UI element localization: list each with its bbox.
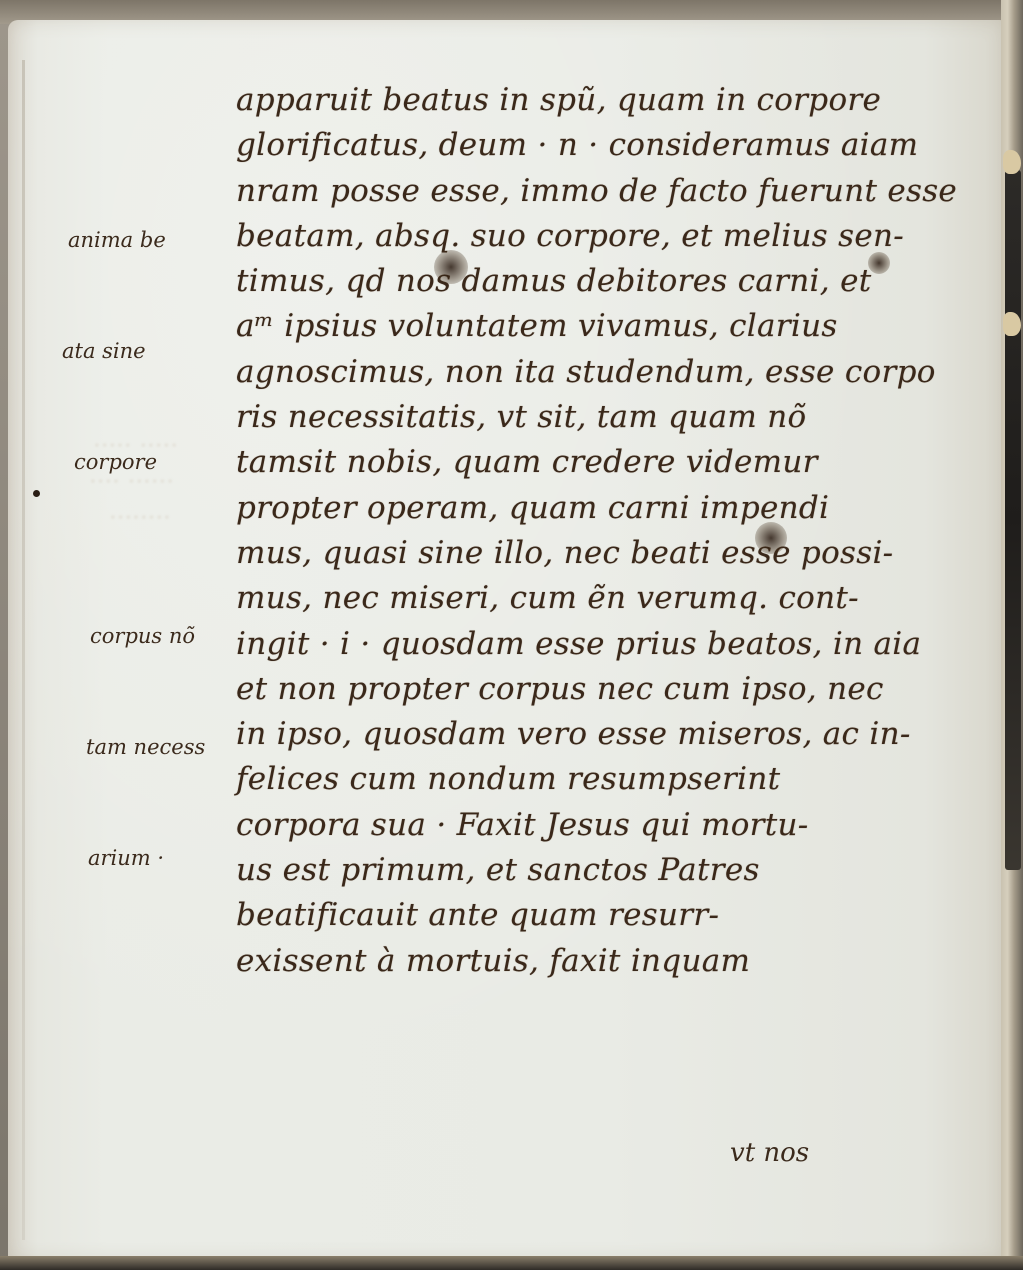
ink-blot (868, 252, 890, 274)
book-right-edge (1001, 0, 1023, 1270)
ink-blot (755, 522, 787, 554)
body-text: apparuit beatus in spũ, quam in corpore … (236, 78, 926, 984)
margin-note-corpus: corpus nõ tam necess arium · (90, 544, 205, 951)
margin-note-line: tam necess (86, 729, 205, 766)
ink-dot (33, 490, 40, 497)
page-tear (1003, 312, 1021, 336)
text-line: exissent à mortuis, faxit inquam (236, 939, 926, 984)
manuscript-scan: ..... ..... .... ...... ........ anima b… (0, 0, 1023, 1270)
text-line: timus, qd nos damus debitores carni, et (236, 259, 926, 304)
binding-shadow (1005, 170, 1021, 870)
text-line: us est primum, et sanctos Patres (236, 848, 926, 893)
text-line: glorificatus, deum · n · consideramus ai… (236, 123, 926, 168)
gutter-fold (22, 60, 25, 1240)
text-line: nram posse esse, immo de facto fuerunt e… (236, 169, 926, 214)
book-bottom-edge (0, 1256, 1023, 1270)
text-line: mus, nec miseri, cum ẽn verumq. cont- (236, 576, 926, 621)
text-line: beatificauit ante quam resurr- (236, 893, 926, 938)
ink-blot (434, 250, 468, 284)
text-line: ris necessitatis, vt sit, tam quam nõ (236, 395, 926, 440)
text-line: tamsit nobis, quam credere videmur (236, 440, 926, 485)
text-line: ingit · i · quosdam esse prius beatos, i… (236, 622, 926, 667)
catchword: vt nos (730, 1138, 809, 1168)
margin-note-anima: anima be ata sine corpore (68, 148, 166, 555)
text-line: corpora sua · Faxit Jesus qui mortu- (236, 803, 926, 848)
text-line: mus, quasi sine illo, nec beati esse pos… (236, 531, 926, 576)
margin-note-line: corpus nõ (90, 618, 205, 655)
page-tear (1003, 150, 1021, 174)
text-line: et non propter corpus nec cum ipso, nec (236, 667, 926, 712)
text-line: beatam, absq. suo corpore, et melius sen… (236, 214, 926, 259)
text-line: felices cum nondum resumpserint (236, 757, 926, 802)
text-line: agnoscimus, non ita studendum, esse corp… (236, 350, 926, 395)
margin-note-line: corpore (74, 444, 166, 481)
margin-note-line: ata sine (62, 333, 166, 370)
text-line: in ipso, quosdam vero esse miseros, ac i… (236, 712, 926, 757)
text-line: aᵐ ipsius voluntatem vivamus, clarius (236, 304, 926, 349)
text-line: propter operam, quam carni impendi (236, 486, 926, 531)
margin-note-line: anima be (68, 222, 166, 259)
text-line: apparuit beatus in spũ, quam in corpore (236, 78, 926, 123)
margin-note-line: arium · (88, 840, 205, 877)
